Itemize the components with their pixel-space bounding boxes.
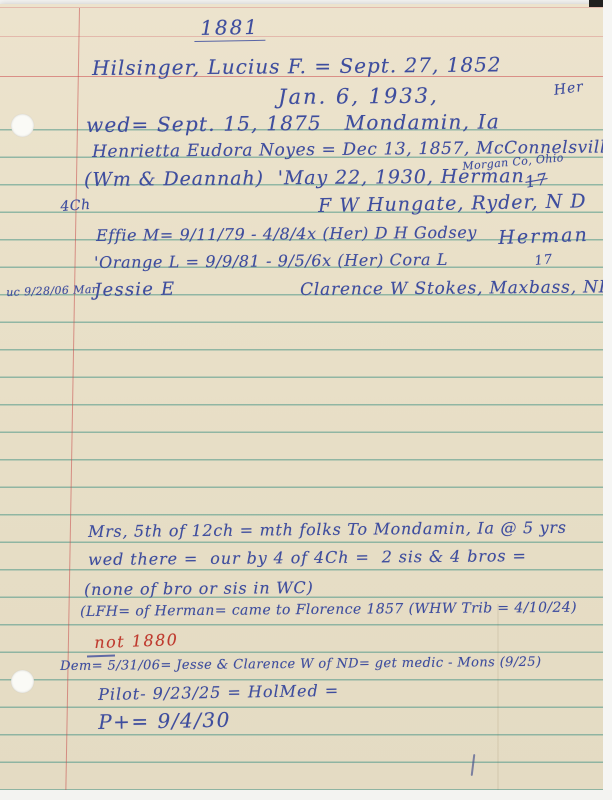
note-family-1: Mrs, 5th of 12ch = mth folks To Mondamin… (88, 519, 567, 541)
note-family-3: (none of bro or sis in WC) (84, 579, 314, 599)
note-herman: Herman (498, 225, 589, 249)
note-not-1880: not 1880 (94, 631, 179, 652)
entry-effie: Effie M= 9/11/79 - 4/8/4x (Her) D H Gods… (96, 224, 477, 245)
note-4ch: 4Ch (60, 198, 91, 215)
entry-wedding: wed= Sept. 15, 1875 Mondamin, Ia (86, 110, 500, 136)
entry-orange: 'Orange L = 9/9/81 - 9/5/6x (Her) Cora L (94, 251, 448, 272)
entry-death-date: Jan. 6, 1933, (278, 85, 439, 109)
note-lfh: (LFH= of Herman= came to Florence 1857 (… (80, 601, 577, 621)
paper-sheet: 1881Hilsinger, Lucius F. = Sept. 27, 185… (0, 4, 603, 790)
note-her: Her (553, 80, 585, 99)
scanned-page: 1881Hilsinger, Lucius F. = Sept. 27, 185… (0, 0, 612, 800)
scan-edge-bottom (0, 790, 612, 800)
entry-clarence-stokes: Clarence W Stokes, Maxbass, ND= (300, 278, 612, 300)
mark-17-b: 17 (534, 253, 554, 269)
note-uc-date: uc 9/28/06 Mar (6, 284, 98, 299)
entry-parents: (Wm & Deannah) 'May 22, 1930, Herman (84, 166, 525, 191)
entry-jessie: Jessie E (94, 280, 176, 301)
note-pilot: Pilot- 9/23/25 = HolMed = (98, 682, 339, 704)
mark-17-a: 17 (524, 170, 549, 191)
note-family-2: wed there = our by 4 of 4Ch = 2 sis & 4 … (88, 547, 527, 568)
entry-hilsinger-birth: Hilsinger, Lucius F. = Sept. 27, 1852 (92, 53, 502, 79)
scan-edge-right (603, 0, 612, 800)
title-year: 1881 (194, 16, 265, 42)
entry-hungate: F W Hungate, Ryder, N D (318, 191, 587, 217)
note-pt: P+= 9/4/30 (98, 709, 231, 733)
handwriting-layer: 1881Hilsinger, Lucius F. = Sept. 27, 185… (0, 4, 603, 790)
note-dem: Dem= 5/31/06= Jesse & Clarence W of ND= … (60, 656, 541, 674)
